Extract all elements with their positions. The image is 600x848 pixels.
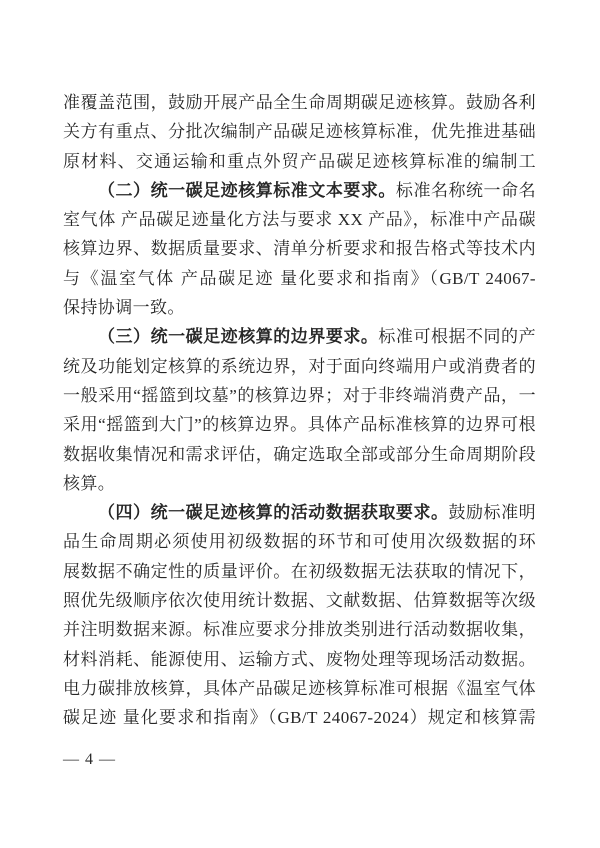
body-text-run: 保持协调一致。: [63, 298, 185, 317]
section-heading-run: （四）统一碳足迹核算的活动数据获取要求。: [98, 503, 449, 522]
body-text-run: 一般采用“摇篮到坟墓”的核算边界；对于非终端消费产品，一般: [63, 386, 536, 410]
body-text-run: 展数据不确定性的质量评价。在初级数据无法获取的情况下，可按: [63, 562, 536, 586]
section-heading-run: （二）统一碳足迹核算标准文本要求。: [98, 181, 396, 200]
document-line: 品生命周期必须使用初级数据的环节和可使用次级数据的环节，开: [63, 527, 536, 556]
document-line: 采用“摇篮到大门”的核算边界。具体产品标准核算的边界可根据: [63, 410, 536, 439]
body-text-run: 品生命周期必须使用初级数据的环节和可使用次级数据的环节，开: [63, 532, 536, 556]
section-heading-run: （三）统一碳足迹核算的边界要求。: [98, 327, 378, 346]
body-text-run: 与《温室气体 产品碳足迹 量化要求和指南》（GB/T 24067-2024）: [63, 269, 536, 293]
body-text-run: 数据收集情况和需求评估，确定选取全部或部分生命周期阶段开展: [63, 445, 536, 469]
document-line: 核算边界、数据质量要求、清单分析要求和报告格式等技术内容应: [63, 234, 536, 263]
document-line: 室气体 产品碳足迹量化方法与要求 XX 产品》，标准中产品碳足迹: [63, 205, 536, 234]
document-line: 数据收集情况和需求评估，确定选取全部或部分生命周期阶段开展: [63, 440, 536, 469]
body-text-run: 统及功能划定核算的系统边界，对于面向终端用户或消费者的产品，: [63, 357, 536, 381]
body-text-run: 材料消耗、能源使用、运输方式、废物处理等现场活动数据。关于: [63, 650, 536, 674]
document-line: （三）统一碳足迹核算的边界要求。标准可根据不同的产品系: [63, 322, 536, 351]
body-text-run: 核算边界、数据质量要求、清单分析要求和报告格式等技术内容应: [63, 239, 536, 263]
body-text-run: 原材料、交通运输和重点外贸产品碳足迹核算标准的编制工作。: [63, 152, 536, 176]
body-text-run: 关方有重点、分批次编制产品碳足迹核算标准，优先推进基础能源、: [63, 122, 536, 146]
document-body: 准覆盖范围，鼓励开展产品全生命周期碳足迹核算。鼓励各利益相关方有重点、分批次编制…: [63, 88, 536, 733]
document-line: 原材料、交通运输和重点外贸产品碳足迹核算标准的编制工作。: [63, 147, 536, 176]
document-line: 准覆盖范围，鼓励开展产品全生命周期碳足迹核算。鼓励各利益相: [63, 88, 536, 117]
document-line: 并注明数据来源。标准应要求分排放类别进行活动数据收集，如原: [63, 615, 536, 644]
document-line: 核算。: [63, 469, 536, 498]
document-line: 照优先级顺序依次使用统计数据、文献数据、估算数据等次级数据，: [63, 586, 536, 615]
document-line: 关方有重点、分批次编制产品碳足迹核算标准，优先推进基础能源、: [63, 117, 536, 146]
document-line: 材料消耗、能源使用、运输方式、废物处理等现场活动数据。关于: [63, 645, 536, 674]
body-text-run: 准覆盖范围，鼓励开展产品全生命周期碳足迹核算。鼓励各利益相: [63, 93, 536, 117]
document-line: 展数据不确定性的质量评价。在初级数据无法获取的情况下，可按: [63, 557, 536, 586]
body-text-run: 核算。: [63, 474, 115, 493]
document-line: 统及功能划定核算的系统边界，对于面向终端用户或消费者的产品，: [63, 352, 536, 381]
body-text-run: 并注明数据来源。标准应要求分排放类别进行活动数据收集，如原: [63, 620, 536, 644]
document-line: 保持协调一致。: [63, 293, 536, 322]
document-line: 电力碳排放核算，具体产品碳足迹核算标准可根据《温室气体 产品: [63, 674, 536, 703]
document-line: 碳足迹 量化要求和指南》（GB/T 24067-2024）规定和核算需要，: [63, 703, 536, 732]
page-number: — 4 —: [63, 748, 116, 772]
body-text-run: 室气体 产品碳足迹量化方法与要求 XX 产品》，标准中产品碳足迹: [63, 210, 536, 234]
document-line: （二）统一碳足迹核算标准文本要求。标准名称统一命名为《温: [63, 176, 536, 205]
body-text-run: 电力碳排放核算，具体产品碳足迹核算标准可根据《温室气体 产品: [63, 679, 536, 703]
document-page: 准覆盖范围，鼓励开展产品全生命周期碳足迹核算。鼓励各利益相关方有重点、分批次编制…: [0, 0, 600, 848]
document-line: 与《温室气体 产品碳足迹 量化要求和指南》（GB/T 24067-2024）: [63, 264, 536, 293]
body-text-run: 采用“摇篮到大门”的核算边界。具体产品标准核算的边界可根据: [63, 415, 536, 439]
document-line: 一般采用“摇篮到坟墓”的核算边界；对于非终端消费产品，一般: [63, 381, 536, 410]
document-line: （四）统一碳足迹核算的活动数据获取要求。鼓励标准明确产: [63, 498, 536, 527]
body-text-run: 碳足迹 量化要求和指南》（GB/T 24067-2024）规定和核算需要，: [63, 708, 536, 732]
body-text-run: 照优先级顺序依次使用统计数据、文献数据、估算数据等次级数据，: [63, 591, 536, 615]
